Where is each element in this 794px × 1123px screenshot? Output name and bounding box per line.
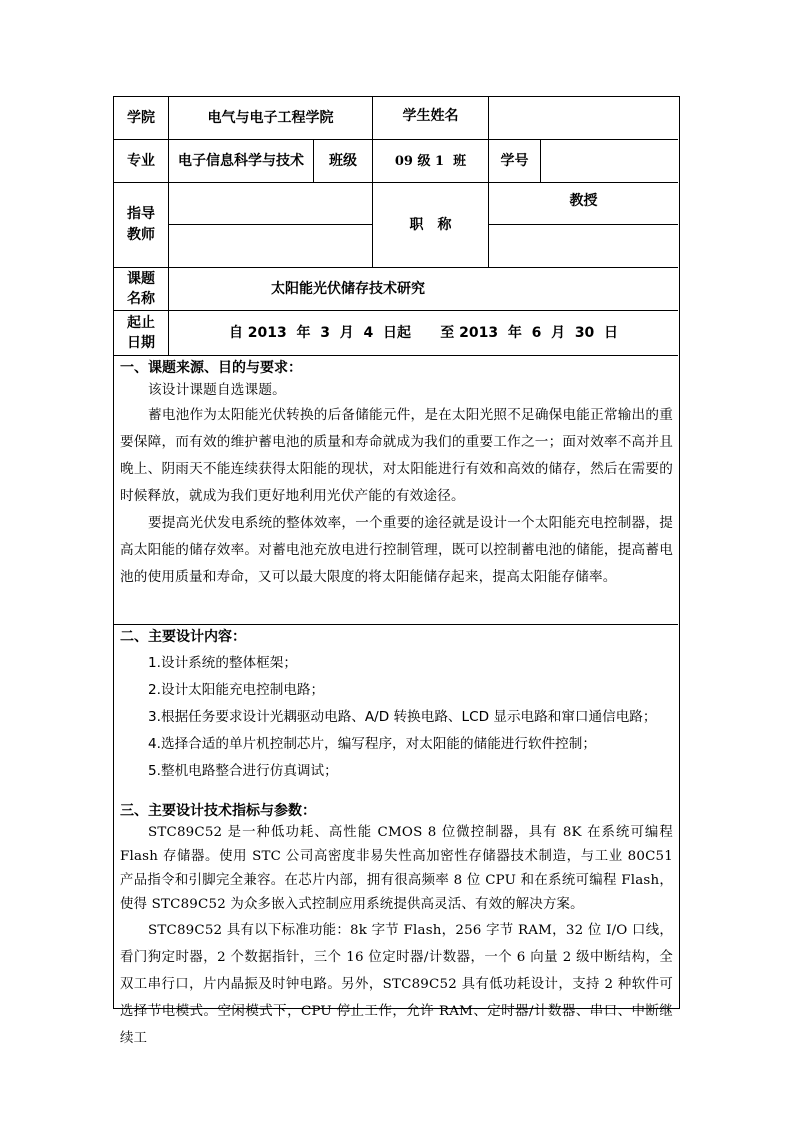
advisor-label: 指导 教师 — [114, 183, 168, 267]
advisor-label-line1: 指导 — [127, 204, 155, 225]
college-value: 电气与电子工程学院 — [169, 97, 372, 139]
advisor-name-field-1[interactable] — [169, 183, 372, 224]
document-page: 学院 电气与电子工程学院 学生姓名 专业 电子信息科学与技术 班级 09 级 1… — [0, 0, 794, 1123]
title-label: 职 称 — [373, 183, 488, 267]
dates-label: 起止 日期 — [114, 311, 168, 355]
class-label: 班级 — [314, 140, 372, 182]
section-title: 一、课题来源、目的与要求： — [120, 358, 673, 378]
major-label: 专业 — [114, 140, 168, 182]
paragraph: 要提高光伏发电系统的整体效率，一个重要的途径就是设计一个太阳能充电控制器，提高太… — [120, 510, 673, 591]
advisor-name-field-2[interactable] — [169, 225, 372, 267]
title-value-1: 教授 — [489, 183, 678, 224]
topic-label: 课题 名称 — [114, 268, 168, 310]
row-divider — [114, 355, 678, 356]
section-topic-source: 一、课题来源、目的与要求： 该设计课题自选课题。 蓄电池作为太阳能光伏转换的后备… — [120, 358, 673, 591]
section-title: 三、主要设计技术指标与参数： — [120, 801, 673, 821]
paragraph: STC89C52 是一种低功耗、高性能 CMOS 8 位微控制器，具有 8K 在… — [120, 821, 673, 917]
list-item: 3.根据任务要求设计光耦驱动电路、A/D 转换电路、LCD 显示电路和窜口通信电… — [120, 704, 673, 731]
student-name-label: 学生姓名 — [373, 97, 488, 139]
list-item: 2.设计太阳能充电控制电路； — [120, 677, 673, 704]
major-value: 电子信息科学与技术 — [169, 140, 313, 182]
paragraph: 蓄电池作为太阳能光伏转换的后备储能元件，是在太阳光照不足确保电能正常输出的重要保… — [120, 402, 673, 510]
college-label: 学院 — [114, 97, 168, 139]
student-id-label: 学号 — [489, 140, 540, 182]
topic-label-line1: 课题 — [127, 269, 155, 289]
section-title: 二、主要设计内容： — [120, 627, 673, 647]
section-design-content: 二、主要设计内容： 1.设计系统的整体框架； 2.设计太阳能充电控制电路； 3.… — [120, 627, 673, 785]
advisor-label-line2: 教师 — [127, 225, 155, 246]
list-item: 1.设计系统的整体框架； — [120, 650, 673, 677]
task-form-table: 学院 电气与电子工程学院 学生姓名 专业 电子信息科学与技术 班级 09 级 1… — [113, 96, 680, 1009]
topic-label-line2: 名称 — [127, 289, 155, 309]
section-tech-specs: 三、主要设计技术指标与参数： STC89C52 是一种低功耗、高性能 CMOS … — [120, 801, 673, 1052]
class-value: 09 级 1 班 — [373, 140, 488, 182]
list-item: 4.选择合适的单片机控制芯片，编写程序，对太阳能的储能进行软件控制； — [120, 731, 673, 758]
paragraph: STC89C52 具有以下标准功能：8k 字节 Flash，256 字节 RAM… — [120, 917, 673, 1052]
dates-label-line2: 日期 — [127, 333, 155, 353]
topic-value: 太阳能光伏储存技术研究 — [169, 268, 678, 310]
student-id-field[interactable] — [541, 140, 678, 182]
section-divider — [114, 624, 678, 625]
list-item: 5.整机电路整合进行仿真调试； — [120, 758, 673, 785]
paragraph: 该设计课题自选课题。 — [120, 378, 673, 402]
title-value-2[interactable] — [489, 225, 678, 267]
dates-label-line1: 起止 — [127, 313, 155, 333]
student-name-field[interactable] — [489, 97, 678, 139]
dates-value: 自 2013 年 3 月 4 日起 至 2013 年 6 月 30 日 — [169, 311, 678, 355]
